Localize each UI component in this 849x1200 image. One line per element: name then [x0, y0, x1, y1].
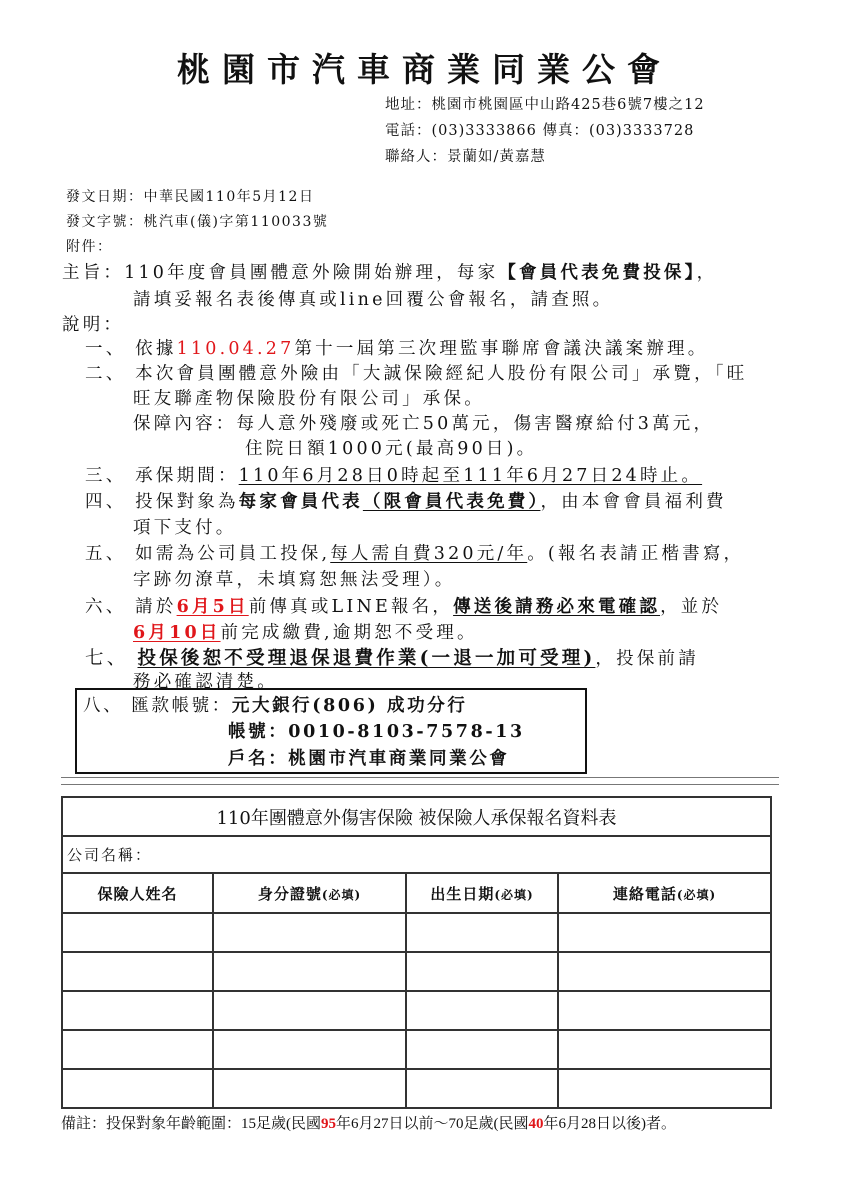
table-header-row: 保險人姓名 身分證號(必填) 出生日期(必填) 連絡電話(必填) [62, 873, 771, 913]
form-title: 110年團體意外傷害保險 被保險人承保報名資料表 [62, 797, 771, 836]
association-title: 桃園市汽車商業同業公會 [0, 44, 849, 91]
item-6-line-1: 六、 請於6月5日前傳真或LINE報名，傳送後請務必來電確認，並於 [85, 593, 722, 618]
birth-cell[interactable] [406, 1030, 558, 1069]
item-2-line-2: 旺友聯產物保險股份有限公司」承保。 [133, 385, 485, 410]
meeting-date: 110.04.27 [177, 339, 295, 359]
bank-name: 元大銀行(806) 成功分行 [232, 696, 468, 716]
name-cell[interactable] [62, 991, 213, 1030]
free-enrollment-highlight: 【會員代表免費投保】 [498, 263, 696, 283]
birth-cell[interactable] [406, 913, 558, 952]
column-phone: 連絡電話(必填) [558, 873, 771, 913]
subject-label: 主旨： [62, 263, 124, 283]
attachment-label: 附件： [66, 236, 113, 256]
table-row [62, 913, 771, 952]
id-cell[interactable] [213, 1069, 406, 1108]
name-cell[interactable] [62, 913, 213, 952]
enrollment-form-table: 110年團體意外傷害保險 被保險人承保報名資料表 公司名稱： 保險人姓名 身分證… [61, 796, 772, 1109]
item-2-line-1: 二、 本次會員團體意外險由「大誠保險經紀人股份有限公司」承覽，「旺 [85, 360, 747, 385]
id-cell[interactable] [213, 952, 406, 991]
name-cell[interactable] [62, 1030, 213, 1069]
document-number: 發文字號：桃汽車(儀)字第110033號 [66, 211, 328, 231]
coverage-period: 110年6月28日0時起至111年6月27日24時止。 [239, 466, 702, 486]
column-birth-date: 出生日期(必填) [406, 873, 558, 913]
coverage-line-1: 保障內容：每人意外殘廢或死亡50萬元，傷害醫療給付3萬元， [133, 410, 714, 435]
table-row [62, 1069, 771, 1108]
company-name-field[interactable]: 公司名稱： [62, 836, 771, 873]
name-cell[interactable] [62, 952, 213, 991]
column-insured-name: 保險人姓名 [62, 873, 213, 913]
phone-cell[interactable] [558, 952, 771, 991]
payment-deadline: 6月10日 [133, 623, 221, 643]
phone-cell[interactable] [558, 991, 771, 1030]
registration-deadline: 6月5日 [177, 597, 249, 617]
company-name-label: 公司名稱： [67, 846, 152, 864]
birth-cell[interactable] [406, 952, 558, 991]
name-cell[interactable] [62, 1069, 213, 1108]
bank-line: 八、 匯款帳號：元大銀行(806) 成功分行 [83, 692, 467, 717]
item-3: 三、 承保期間：110年6月28日0時起至111年6月27日24時止。 [85, 462, 702, 487]
phone-cell[interactable] [558, 913, 771, 952]
id-cell[interactable] [213, 1030, 406, 1069]
contact-person: 聯絡人：景蘭如/黃嘉慧 [385, 145, 546, 166]
issue-date: 發文日期：中華民國110年5月12日 [66, 186, 314, 206]
account-number: 帳號：0010-8103-7578-13 [228, 718, 525, 743]
table-row [62, 991, 771, 1030]
subject-line-2: 請填妥報名表後傳真或line回覆公會報名，請查照。 [133, 286, 613, 311]
table-row [62, 952, 771, 991]
subject-line-1: 主旨：110年度會員團體意外險開始辦理，每家【會員代表免費投保】， [62, 259, 717, 284]
account-holder: 戶名：桃園市汽車商業同業公會 [228, 745, 509, 770]
self-pay-fee: 每人需自費320元/年 [330, 544, 527, 564]
birth-cell[interactable] [406, 1069, 558, 1108]
item-4-line-1: 四、 投保對象為每家會員代表（限會員代表免費），由本會會員福利費 [85, 488, 727, 513]
item-1: 一、 依據110.04.27第十一屆第三次理監事聯席會議決議案辦理。 [85, 335, 708, 360]
id-cell[interactable] [213, 913, 406, 952]
item-7-line-1: 七、 投保後恕不受理退保退費作業(一退一加可受理)，投保前請 [85, 644, 699, 670]
birth-cell[interactable] [406, 991, 558, 1030]
explain-label: 說明： [62, 311, 124, 336]
id-cell[interactable] [213, 991, 406, 1030]
item-5-line-2: 字跡勿潦草，未填寫恕無法受理）。 [133, 566, 455, 591]
column-id-number: 身分證號(必填) [213, 873, 406, 913]
phone-cell[interactable] [558, 1069, 771, 1108]
coverage-line-2: 住院日額1000元(最高90日)。 [245, 435, 537, 460]
age-range-note: 備註：投保對象年齡範圍：15足歲(民國95年6月27日以前～70足歲(民國40年… [61, 1112, 676, 1133]
item-6-line-2: 6月10日前完成繳費,逾期恕不受理。 [133, 619, 478, 644]
phone-fax: 電話：(03)3333866 傳真：(03)3333728 [385, 119, 694, 140]
separator-double-line [61, 777, 779, 785]
phone-cell[interactable] [558, 1030, 771, 1069]
item-5-line-1: 五、 如需為公司員工投保,每人需自費320元/年。(報名表請正楷書寫， [85, 540, 744, 565]
table-row [62, 1030, 771, 1069]
item-4-line-2: 項下支付。 [133, 514, 237, 539]
address: 地址：桃園市桃園區中山路425巷6號7樓之12 [385, 93, 705, 114]
